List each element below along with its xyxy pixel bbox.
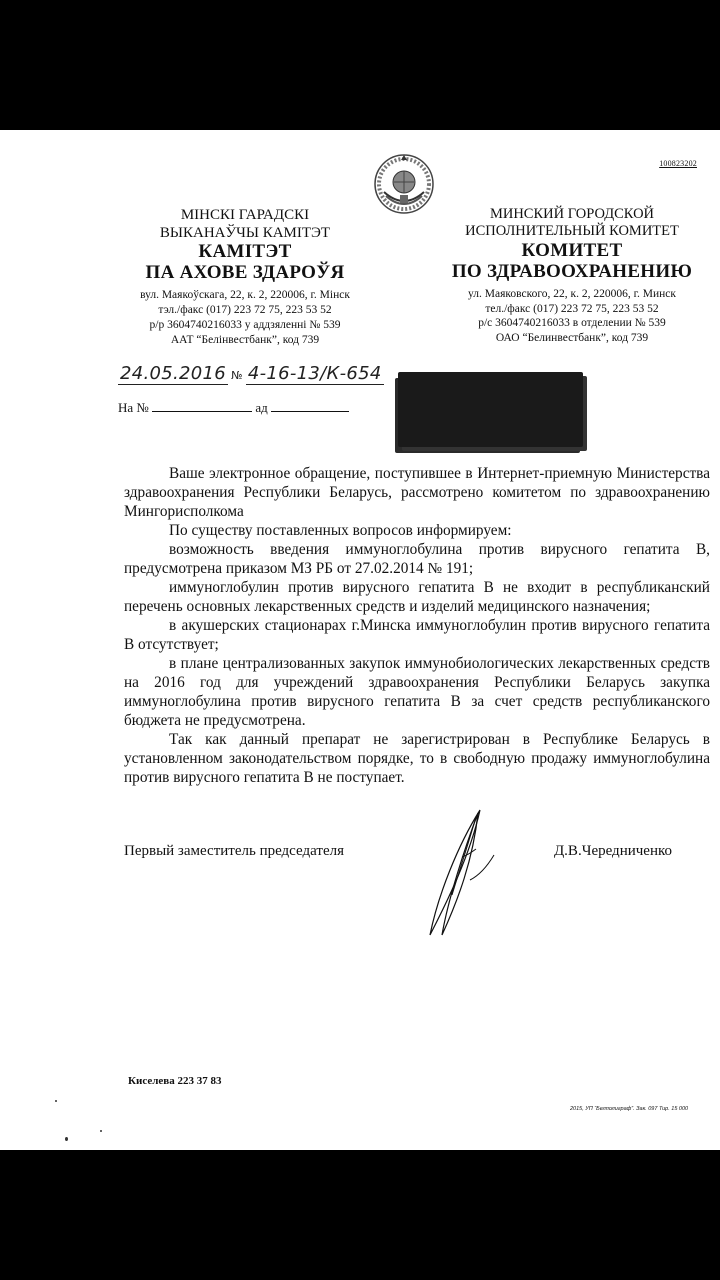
bank-name: ААТ “Белінвестбанк”, код 739 [100, 333, 390, 348]
header-belarusian: МІНСКІ ГАРАДСКІ ВЫКАНАЎЧЫ КАМІТЭТ КАМІТЭ… [100, 206, 390, 348]
paragraph: Так как данный препарат не зарегистриров… [124, 730, 710, 787]
scan-speck [65, 1137, 68, 1141]
ref-from-label: ад [255, 400, 267, 415]
handwritten-signature-icon [418, 805, 518, 940]
handwritten-date-and-number: 24.05.2016№4-16-13/К-654 [118, 363, 384, 384]
number-sign: № [231, 369, 243, 382]
paragraph: в плане централизованных закупок иммуноб… [124, 654, 710, 730]
reference-line: На № ад [118, 400, 349, 416]
scan-speck [100, 1130, 102, 1132]
handwritten-reference: 4-16-13/К-654 [246, 363, 384, 385]
bank-account: р/с 3604740216033 в отделении № 539 [437, 316, 707, 331]
phone: тел./факс (017) 223 72 75, 223 53 52 [437, 302, 707, 317]
scan-speck [55, 1100, 57, 1102]
address-block: ул. Маяковского, 22, к. 2, 220006, г. Ми… [437, 287, 707, 347]
paragraph: иммуноглобулин против вирусного гепатита… [124, 578, 710, 616]
signer-title: Первый заместитель председателя [124, 843, 344, 860]
bank-name: ОАО “Белинвестбанк”, код 739 [437, 331, 707, 346]
letter-body: Ваше электронное обращение, поступившее … [124, 464, 710, 787]
paragraph: Ваше электронное обращение, поступившее … [124, 464, 710, 521]
ref-label: На № [118, 400, 149, 415]
ref-date-blank [271, 401, 349, 412]
contact-person: Киселева 223 37 83 [128, 1075, 221, 1087]
dept-name-line2: ПО ЗДРАВООХРАНЕНИЮ [437, 262, 707, 283]
signer-name: Д.В.Чередниченко [554, 843, 672, 860]
ref-number-blank [152, 401, 252, 412]
org-name-line2: ИСПОЛНИТЕЛЬНЫЙ КОМИТЕТ [437, 223, 707, 240]
document-serial-number: 100823202 [659, 159, 697, 168]
phone: тэл./факс (017) 223 72 75, 223 53 52 [100, 303, 390, 318]
paragraph: возможность введения иммуноглобулина про… [124, 540, 710, 578]
paragraph: в акушерских стационарах г.Минска иммуно… [124, 616, 710, 654]
dept-name-line2: ПА АХОВЕ ЗДАРОЎЯ [100, 263, 390, 284]
org-name-line1: МИНСКИЙ ГОРОДСКОЙ [437, 206, 707, 223]
paragraph: По существу поставленных вопросов информ… [124, 521, 710, 540]
org-name-line2: ВЫКАНАЎЧЫ КАМІТЭТ [100, 224, 390, 242]
address-block: вул. Маякоўскага, 22, к. 2, 220006, г. М… [100, 288, 390, 348]
handwritten-date: 24.05.2016 [118, 363, 228, 385]
address: ул. Маяковского, 22, к. 2, 220006, г. Ми… [437, 287, 707, 302]
bank-account: р/р 3604740216033 у аддзяленні № 539 [100, 318, 390, 333]
dept-name-line1: КАМІТЭТ [100, 242, 390, 263]
org-name-line1: МІНСКІ ГАРАДСКІ [100, 206, 390, 224]
redacted-recipient [398, 372, 583, 447]
dept-name-line1: КОМИТЕТ [437, 241, 707, 262]
print-info: 2015, УП “Белполиграф”. Зак. 097 Тир. 15… [570, 1106, 688, 1112]
header-russian: МИНСКИЙ ГОРОДСКОЙ ИСПОЛНИТЕЛЬНЫЙ КОМИТЕТ… [437, 206, 707, 346]
document-page: 100823202 МІНСКІ ГАРАДСКІ ВЫКАНАЎЧЫ КАМІ… [0, 130, 720, 1150]
address: вул. Маякоўскага, 22, к. 2, 220006, г. М… [100, 288, 390, 303]
